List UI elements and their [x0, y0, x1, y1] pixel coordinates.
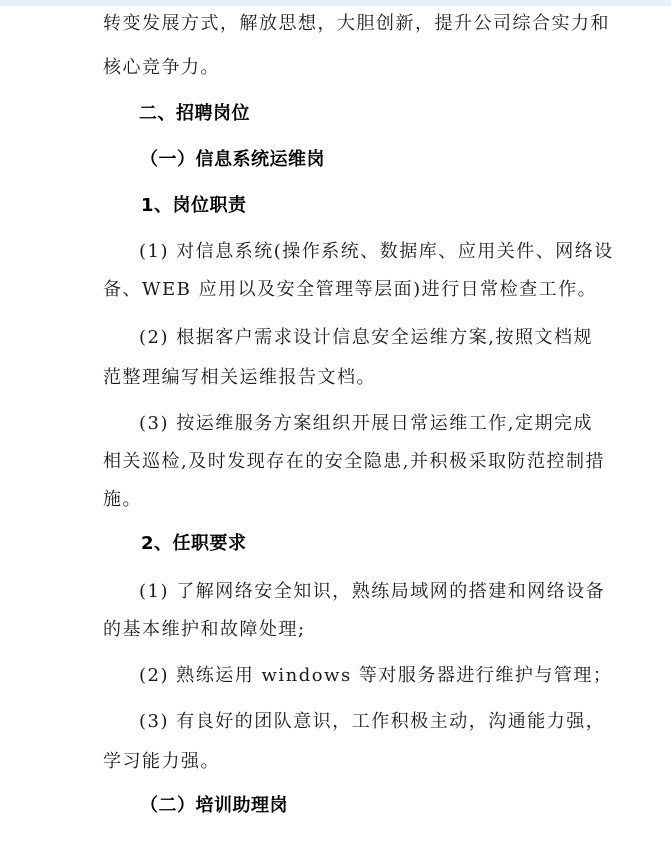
list-item: (3) 有良好的团队意识，工作积极主动，沟通能力强，: [139, 710, 605, 734]
list-item-cont: 学习能力强。: [103, 750, 220, 774]
list-item-cont: 施。: [103, 488, 142, 512]
body-text: 核心竞争力。: [103, 56, 220, 80]
list-item-cont: 范整理编写相关运维报告文档。: [103, 366, 376, 390]
document-page: 转变发展方式，解放思想，大胆创新，提升公司综合实力和 核心竞争力。 二、招聘岗位…: [0, 6, 671, 844]
list-item: (1) 了解网络安全知识，熟练局域网的搭建和网络设备: [139, 580, 605, 604]
section-heading: 二、招聘岗位: [139, 102, 250, 126]
list-item: (3) 按运维服务方案组织开展日常运维工作,定期完成: [139, 412, 593, 436]
position-heading: （一）信息系统运维岗: [140, 148, 325, 172]
list-item: (2) 根据客户需求设计信息安全运维方案,按照文档规: [139, 326, 593, 350]
list-item: (1) 对信息系统(操作系统、数据库、应用关件、网络设: [139, 240, 614, 264]
subsection-heading: 2、任职要求: [141, 532, 247, 556]
list-item: (2) 熟练运用 windows 等对服务器进行维护与管理；: [139, 664, 612, 688]
list-item-cont: 备、WEB 应用以及安全管理等层面)进行日常检查工作。: [103, 278, 597, 302]
list-item-cont: 相关巡检,及时发现存在的安全隐患,并积极采取防范控制措: [103, 450, 605, 474]
position-heading: （二）培训助理岗: [140, 794, 288, 818]
subsection-heading: 1、岗位职责: [141, 194, 247, 218]
body-text: 转变发展方式，解放思想，大胆创新，提升公司综合实力和: [103, 12, 610, 36]
list-item-cont: 的基本维护和故障处理;: [103, 618, 306, 642]
